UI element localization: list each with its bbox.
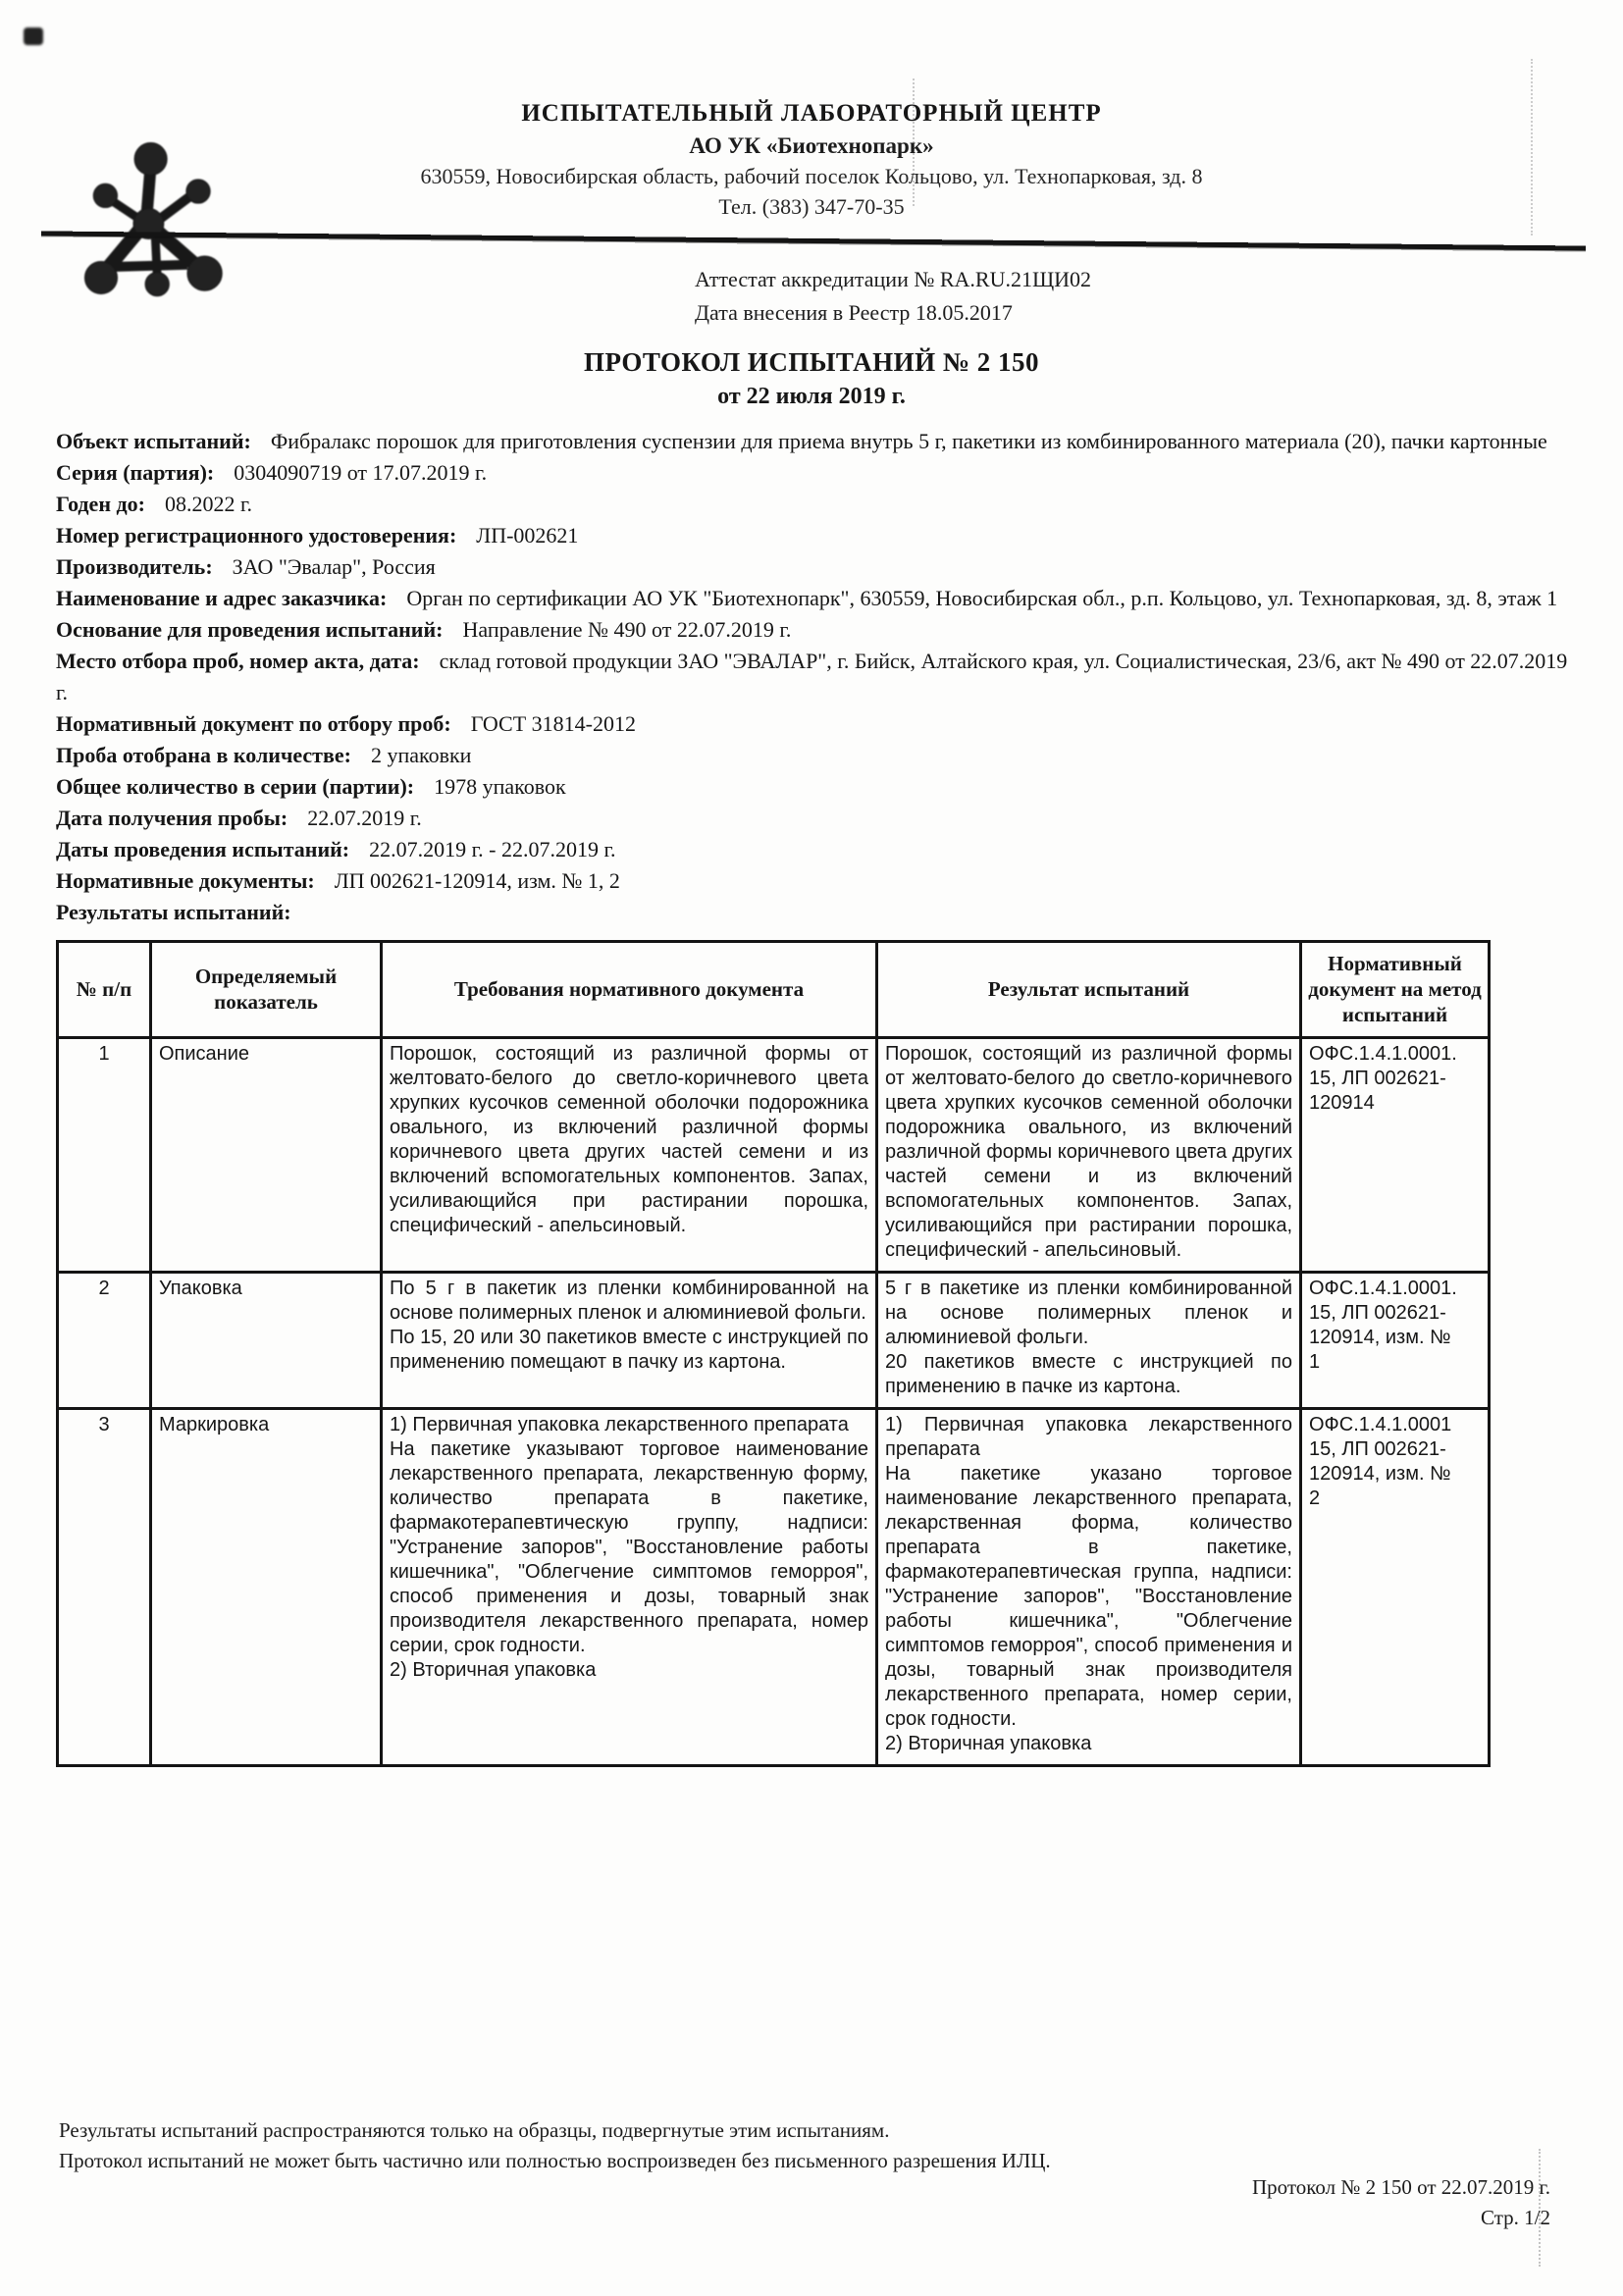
field-value: 08.2022 г. xyxy=(165,492,252,516)
row-indicator: Маркировка xyxy=(151,1408,382,1765)
row-indicator: Упаковка xyxy=(151,1272,382,1408)
field-value: 1978 упаковок xyxy=(434,774,566,799)
field-value: 2 упаковки xyxy=(371,743,471,767)
row-result: 1) Первичная упаковка лекарственного пре… xyxy=(877,1408,1301,1765)
field-label: Номер регистрационного удостоверения: xyxy=(56,523,456,548)
field-sample-quantity: Проба отобрана в количестве:2 упаковки xyxy=(56,740,1568,771)
row-result: 5 г в пакетике из пленки комбинированной… xyxy=(877,1272,1301,1408)
footer-protocol-ref: Протокол № 2 150 от 22.07.2019 г. xyxy=(1252,2172,1550,2203)
row-requirement: По 5 г в пакетик из пленки комбинированн… xyxy=(382,1272,877,1408)
field-value: ГОСТ 31814-2012 xyxy=(471,711,636,736)
field-sample-received-date: Дата получения пробы:22.07.2019 г. xyxy=(56,803,1568,834)
row-number: 2 xyxy=(58,1272,151,1408)
field-label: Наименование и адрес заказчика: xyxy=(56,586,387,610)
document-title-block: ПРОТОКОЛ ИСПЫТАНИЙ № 2 150 от 22 июля 20… xyxy=(0,347,1623,410)
row-indicator: Описание xyxy=(151,1037,382,1272)
footer-note-scope: Результаты испытаний распространяются то… xyxy=(59,2115,1051,2146)
protocol-date: от 22 июля 2019 г. xyxy=(0,384,1623,410)
field-label: Нормативные документы: xyxy=(56,868,315,893)
accreditation-certificate: Аттестат аккредитации № RA.RU.21ЩИ02 xyxy=(695,263,1623,296)
field-object: Объект испытаний:Фибралакс порошок для п… xyxy=(56,426,1568,457)
table-row: 1 Описание Порошок, состоящий из различн… xyxy=(58,1037,1490,1272)
col-header-requirement: Требования нормативного документа xyxy=(382,941,877,1037)
col-header-method: Нормативный документ на метод испытаний xyxy=(1301,941,1490,1037)
molecule-logo-icon xyxy=(77,137,234,299)
field-series: Серия (партия):0304090719 от 17.07.2019 … xyxy=(56,457,1568,489)
field-sampling-standard: Нормативный документ по отбору проб:ГОСТ… xyxy=(56,708,1568,740)
row-method: ОФС.1.4.1.0001. 15, ЛП 002621- 120914 xyxy=(1301,1037,1490,1272)
field-expiry: Годен до:08.2022 г. xyxy=(56,489,1568,520)
field-value: Направление № 490 от 22.07.2019 г. xyxy=(462,617,791,642)
footer-page-number: Стр. 1/2 xyxy=(1252,2203,1550,2233)
col-header-indicator: Определяемый показатель xyxy=(151,941,382,1037)
col-header-result: Результат испытаний xyxy=(877,941,1301,1037)
field-basis: Основание для проведения испытаний:Напра… xyxy=(56,614,1568,646)
field-value: ЛП 002621-120914, изм. № 1, 2 xyxy=(335,868,620,893)
row-number: 1 xyxy=(58,1037,151,1272)
field-label: Объект испытаний: xyxy=(56,429,251,453)
field-label: Годен до: xyxy=(56,492,145,516)
letterhead: ИСПЫТАТЕЛЬНЫЙ ЛАБОРАТОРНЫЙ ЦЕНТР АО УК «… xyxy=(0,0,1623,223)
field-value: Фибралакс порошок для приготовления сусп… xyxy=(271,429,1547,453)
results-section-label: Результаты испытаний: xyxy=(56,897,1568,928)
row-method: ОФС.1.4.1.0001. 15, ЛП 002621- 120914, и… xyxy=(1301,1272,1490,1408)
field-normative-documents: Нормативные документы:ЛП 002621-120914, … xyxy=(56,865,1568,897)
field-label: Общее количество в серии (партии): xyxy=(56,774,414,799)
field-label: Основание для проведения испытаний: xyxy=(56,617,443,642)
field-testing-dates: Даты проведения испытаний:22.07.2019 г. … xyxy=(56,834,1568,865)
lab-phone: Тел. (383) 347-70-35 xyxy=(0,192,1623,223)
field-value: ЛП-002621 xyxy=(476,523,578,548)
field-label: Нормативный документ по отбору проб: xyxy=(56,711,451,736)
field-label: Проба отобрана в количестве: xyxy=(56,743,351,767)
field-customer: Наименование и адрес заказчика:Орган по … xyxy=(56,583,1568,614)
scanned-protocol-page: ИСПЫТАТЕЛЬНЫЙ ЛАБОРАТОРНЫЙ ЦЕНТР АО УК «… xyxy=(0,0,1623,2296)
field-registration-number: Номер регистрационного удостоверения:ЛП-… xyxy=(56,520,1568,551)
footer-reference: Протокол № 2 150 от 22.07.2019 г. Стр. 1… xyxy=(1252,2172,1550,2233)
lab-center-name: ИСПЫТАТЕЛЬНЫЙ ЛАБОРАТОРНЫЙ ЦЕНТР xyxy=(0,96,1623,130)
footer-notes: Результаты испытаний распространяются то… xyxy=(59,2115,1051,2176)
field-value: 22.07.2019 г. xyxy=(307,806,422,830)
protocol-title: ПРОТОКОЛ ИСПЫТАНИЙ № 2 150 xyxy=(0,347,1623,378)
field-label: Место отбора проб, номер акта, дата: xyxy=(56,649,420,673)
field-label: Серия (партия): xyxy=(56,460,214,485)
field-value: ЗАО "Эвалар", Россия xyxy=(233,554,436,579)
row-requirement: 1) Первичная упаковка лекарственного пре… xyxy=(382,1408,877,1765)
accreditation-registry-date: Дата внесения в Реестр 18.05.2017 xyxy=(695,296,1623,330)
protocol-fields: Объект испытаний:Фибралакс порошок для п… xyxy=(56,426,1568,928)
field-manufacturer: Производитель:ЗАО "Эвалар", Россия xyxy=(56,551,1568,583)
lab-address: 630559, Новосибирская область, рабочий п… xyxy=(0,162,1623,192)
row-number: 3 xyxy=(58,1408,151,1765)
row-method: ОФС.1.4.1.0001 15, ЛП 002621- 120914, из… xyxy=(1301,1408,1490,1765)
table-row: 2 Упаковка По 5 г в пакетик из пленки ко… xyxy=(58,1272,1490,1408)
results-table-header-row: № п/п Определяемый показатель Требования… xyxy=(58,941,1490,1037)
accreditation-block: Аттестат аккредитации № RA.RU.21ЩИ02 Дат… xyxy=(695,263,1623,330)
field-value: 22.07.2019 г. - 22.07.2019 г. xyxy=(369,837,615,861)
field-value: Орган по сертификации АО УК "Биотехнопар… xyxy=(406,586,1557,610)
table-row: 3 Маркировка 1) Первичная упаковка лекар… xyxy=(58,1408,1490,1765)
field-sampling-place: Место отбора проб, номер акта, дата:скла… xyxy=(56,646,1568,708)
row-requirement: Порошок, состоящий из различной формы от… xyxy=(382,1037,877,1272)
field-batch-total: Общее количество в серии (партии):1978 у… xyxy=(56,771,1568,803)
field-label: Производитель: xyxy=(56,554,213,579)
footer-note-reproduction: Протокол испытаний не может быть частичн… xyxy=(59,2146,1051,2176)
field-label: Дата получения пробы: xyxy=(56,806,288,830)
row-result: Порошок, состоящий из различной формы от… xyxy=(877,1037,1301,1272)
header-divider xyxy=(41,231,1586,250)
col-header-num: № п/п xyxy=(58,941,151,1037)
lab-org-name: АО УК «Биотехнопарк» xyxy=(0,130,1623,162)
field-label: Даты проведения испытаний: xyxy=(56,837,349,861)
field-value: 0304090719 от 17.07.2019 г. xyxy=(234,460,487,485)
results-table: № п/п Определяемый показатель Требования… xyxy=(56,940,1491,1767)
